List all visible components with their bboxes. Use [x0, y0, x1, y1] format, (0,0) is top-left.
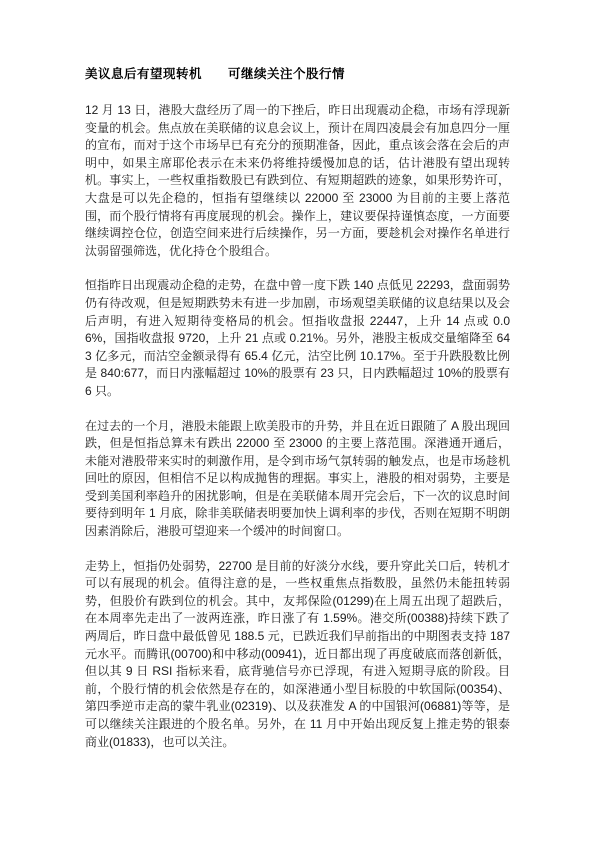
document-title: 美议息后有望现转机 可继续关注个股行情 [85, 66, 510, 83]
paragraph-4: 走势上，恒指仍处弱势，22700 是目前的好淡分水线，要升穿此关口后，转机才可以… [85, 558, 510, 752]
paragraph-2: 恒指昨日出现震动企稳的走势，在盘中曾一度下跌 140 点低见 22293，盘面弱… [85, 277, 510, 400]
paragraph-1: 12 月 13 日，港股大盘经历了周一的下挫后，昨日出现震动企稳，市场有浮现新变… [85, 102, 510, 260]
paragraph-3: 在过去的一个月，港股未能跟上欧美股市的升势，并且在近日跟随了 A 股出现回跌，但… [85, 418, 510, 541]
document-page: 美议息后有望现转机 可继续关注个股行情 12 月 13 日，港股大盘经历了周一的… [0, 0, 595, 842]
